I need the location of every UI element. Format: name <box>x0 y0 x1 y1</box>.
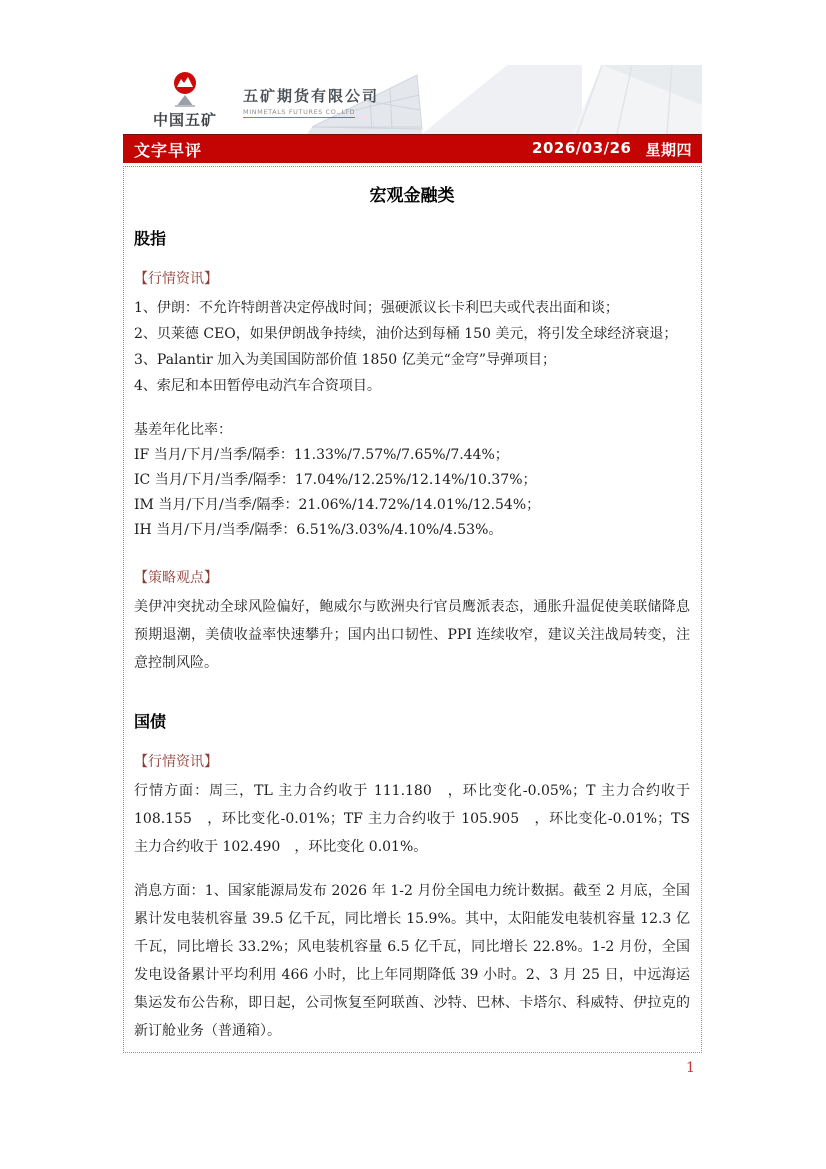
basis-line-if: IF 当月/下月/当季/隔季：11.33%/7.57%/7.65%/7.44%； <box>134 443 690 468</box>
basis-line-ih: IH 当月/下月/当季/隔季：6.51%/3.03%/4.10%/4.53%。 <box>134 518 690 543</box>
report-header: 中国五矿 五矿期货有限公司 MINMETALS FUTURES CO.,LTD <box>123 65 702 134</box>
company-name-en: MINMETALS FUTURES CO.,LTD <box>243 108 379 116</box>
stock-news-list: 1、伊朗：不允许特朗普决定停战时间；强硬派议长卡利巴夫或代表出面和谈； 2、贝莱… <box>134 295 690 399</box>
weekday-value: 星期四 <box>645 139 692 160</box>
logo-red-rule <box>243 117 355 118</box>
basis-title: 基差年化比率： <box>134 418 690 443</box>
section-title-stock-index: 股指 <box>134 226 690 249</box>
market-info-heading-treasury: 【行情资讯】 <box>134 751 690 771</box>
page-number: 1 <box>686 1060 695 1076</box>
basis-line-im: IM 当月/下月/当季/隔季：21.06%/14.72%/14.01%/12.5… <box>134 493 690 518</box>
report-type-title: 文字早评 <box>134 138 202 161</box>
date-value: 2026/03/26 <box>532 139 631 160</box>
report-title-bar: 文字早评 2026/03/26 星期四 <box>123 134 702 163</box>
logo-cn-name: 中国五矿 <box>153 109 217 130</box>
basis-line-ic: IC 当月/下月/当季/隔季：17.04%/12.25%/12.14%/10.3… <box>134 468 690 493</box>
minmetals-emblem-icon: 中国五矿 <box>147 71 223 130</box>
report-date: 2026/03/26 星期四 <box>532 139 692 160</box>
stock-strategy-text: 美伊冲突扰动全球风险偏好，鲍威尔与欧洲央行官员鹰派表态，通胀升温促使美联储降息预… <box>134 593 690 677</box>
news-item: 2、贝莱德 CEO，如果伊朗战争持续，油价达到每桶 150 美元，将引发全球经济… <box>134 321 690 347</box>
news-item: 1、伊朗：不允许特朗普决定停战时间；强硬派议长卡利巴夫或代表出面和谈； <box>134 295 690 321</box>
report-body: 宏观金融类 股指 【行情资讯】 1、伊朗：不允许特朗普决定停战时间；强硬派议长卡… <box>123 166 702 1053</box>
section-title-treasury: 国债 <box>134 709 690 732</box>
company-name-zh: 五矿期货有限公司 <box>243 85 379 106</box>
strategy-heading-stock: 【策略观点】 <box>134 567 690 587</box>
market-info-heading-stock: 【行情资讯】 <box>134 268 690 288</box>
company-name-block: 五矿期货有限公司 MINMETALS FUTURES CO.,LTD <box>243 85 379 118</box>
treasury-market-text: 行情方面：周三，TL 主力合约收于 111.180 ，环比变化-0.05%；T … <box>134 777 690 861</box>
treasury-news-text: 消息方面：1、国家能源局发布 2026 年 1-2 月份全国电力统计数据。截至 … <box>134 877 690 1045</box>
category-title: 宏观金融类 <box>134 181 690 206</box>
basis-ratio-block: 基差年化比率： IF 当月/下月/当季/隔季：11.33%/7.57%/7.65… <box>134 418 690 543</box>
company-logo: 中国五矿 五矿期货有限公司 MINMETALS FUTURES CO.,LTD <box>147 71 379 130</box>
news-item: 4、索尼和本田暂停电动汽车合资项目。 <box>134 373 690 399</box>
report-page: 中国五矿 五矿期货有限公司 MINMETALS FUTURES CO.,LTD … <box>0 0 826 1169</box>
news-item: 3、Palantir 加入为美国国防部价值 1850 亿美元“金穹”导弹项目； <box>134 347 690 373</box>
